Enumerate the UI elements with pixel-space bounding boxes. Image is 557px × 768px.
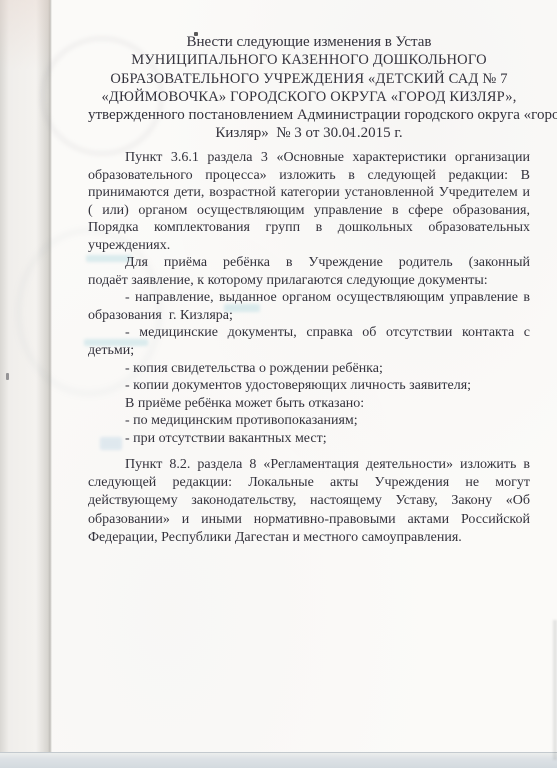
scan-speck (6, 373, 9, 380)
header-line: МУНИЦИПАЛЬНОГО КАЗЕННОГО ДОШКОЛЬНОГО (88, 51, 530, 69)
list-item-line: - копия свидетельства о рождении ребёнка… (88, 360, 530, 378)
header-line: утвержденного постановлением Администрац… (88, 106, 530, 124)
list-item-line: - медицинские документы, справка об отсу… (88, 324, 530, 342)
section-2-paragraph: Пункт 8.2. раздела 8 «Регламентация деят… (88, 456, 530, 547)
scan-bottom-edge (0, 752, 557, 768)
body-line: действующему законодательству, настоящем… (88, 492, 530, 510)
list-item-line: детьми; (88, 342, 530, 360)
body-line: образовательного процесса» изложить в сл… (88, 167, 530, 185)
body-line: ( или) органом осуществляющим управление… (88, 202, 530, 220)
scan-corner-tint (0, 0, 50, 70)
section-1-paragraphs: Пункт 3.6.1 раздела 3 «Основные характер… (88, 149, 530, 447)
body-line: Порядка комплектования групп в дошкольны… (88, 219, 530, 237)
document-header: Внести следующие изменения в Устав МУНИЦ… (88, 33, 530, 143)
header-line: «ДЮЙМОВОЧКА» ГОРОДСКОГО ОКРУГА «ГОРОД КИ… (88, 88, 530, 106)
header-line: Внести следующие изменения в Устав (88, 33, 530, 51)
list-item-line: образования г. Кизляра; (88, 307, 530, 325)
scanned-document-page: Внести следующие изменения в Устав МУНИЦ… (0, 0, 557, 768)
header-line: Кизляр» № 3 от 30.01.2015 г. (88, 124, 530, 142)
list-item-line: - при отсутствии вакантных мест; (88, 430, 530, 448)
list-item-line: - направление, выданное органом осуществ… (88, 289, 530, 307)
body-line: следующей редакции: Локальные акты Учреж… (88, 474, 530, 492)
body-line: Пункт 3.6.1 раздела 3 «Основные характер… (88, 149, 530, 167)
body-line: Пункт 8.2. раздела 8 «Регламентация деят… (88, 456, 530, 474)
body-line: образовании» и иными нормативно-правовым… (88, 511, 530, 529)
body-line: Для приёма ребёнка в Учреждение родитель… (88, 254, 530, 272)
body-line: В приёме ребёнка может быть отказано: (88, 395, 530, 413)
list-item-line: - по медицинским противопоказаниям; (88, 412, 530, 430)
header-line: ОБРАЗОВАТЕЛЬНОГО УЧРЕЖДЕНИЯ «ДЕТСКИЙ САД… (88, 70, 530, 88)
body-line: Федерации, Республики Дагестан и местног… (88, 529, 530, 547)
list-item-line: - копии документов удостоверяющих личнос… (88, 377, 530, 395)
body-line: подаёт заявление, к которому прилагаются… (88, 272, 530, 290)
scan-right-edge (553, 620, 557, 760)
body-line: учреждениях. (88, 237, 530, 255)
body-line: принимаются дети, возрастной категории у… (88, 184, 530, 202)
